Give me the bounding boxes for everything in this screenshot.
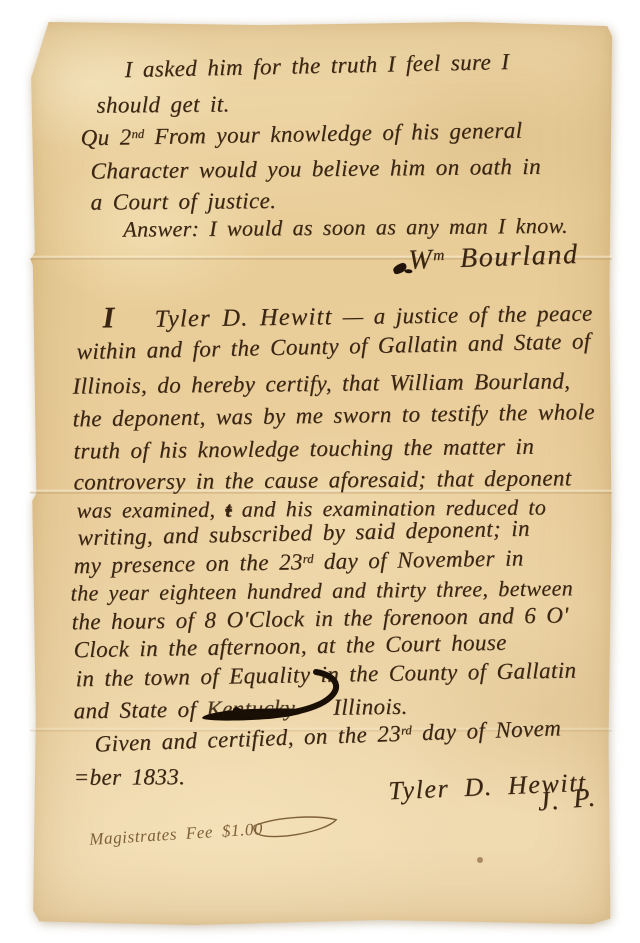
scanned-document-page: I asked him for the truth I feel sure I …: [0, 0, 640, 943]
stain-dot: [477, 857, 483, 863]
line-text: =ber 1833.: [74, 764, 186, 790]
line-text: day of Novem: [411, 715, 561, 745]
pen-flourish: [250, 810, 344, 844]
line-text: Bourland: [444, 239, 579, 275]
jp-initials: J. P.: [483, 755, 600, 849]
line-text: J. P.: [536, 782, 598, 817]
superscript: rd: [401, 723, 412, 737]
line-text: Magistrates Fee $1.00: [89, 819, 264, 849]
